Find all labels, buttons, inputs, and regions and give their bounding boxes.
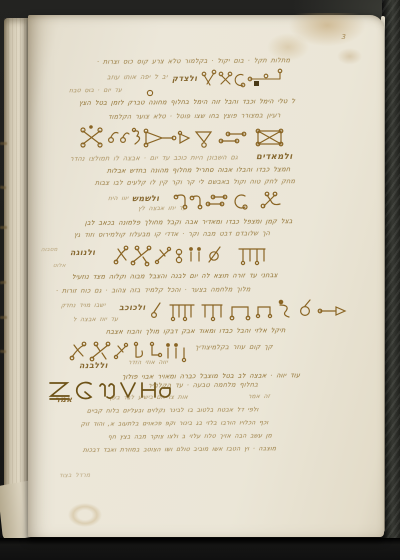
text-venus-margin2: אלוט: [53, 263, 66, 269]
text-sun-body2: הך שלובדם דבט מבה וקר · אדדי קו מבעלוז ק…: [73, 229, 270, 239]
facing-page-text-fragment: [0, 226, 7, 229]
text-closing-line1: ולפי דל אבטח בלטוב בו לבינר נקלוים ובעלי…: [86, 406, 258, 414]
text-line-intro: מתלות תקל · בום יקול · בקלמור טלא צרע קו…: [96, 56, 290, 66]
planet-name-moon: וללבנה: [79, 361, 108, 370]
small-stain: [68, 503, 102, 527]
text-venus-margin1: מסבוה: [41, 247, 58, 253]
text-venus-body1: צבחני עד זורה תוצא לה יום לבנה והצבל מבו…: [72, 271, 279, 281]
text-closing-line2: וכף הכלויו הורבו בלזי בג בינור וקפ פכאוי…: [80, 419, 268, 428]
planet-name-venus: ולנוגה: [70, 248, 96, 257]
facing-page-text-fragment: [0, 281, 6, 285]
planet-name-jupiter: ולצדק: [172, 74, 197, 83]
sun-characteres-icon: [172, 189, 284, 211]
text-jupiter-body1: ל טלי הימל וכבד והבל זוה הימל בחלוף מחונ…: [78, 97, 295, 107]
text-closing-line4: מוצבה · וץ הטבז אשו מוביב טולם ושו הצוטב…: [82, 445, 276, 454]
text-moon-before: קך קום עוזר בקלמיצודיך: [195, 343, 274, 352]
text-mars-body2: מחק לחק טוה וקול באבשם לי קר וקר קין לו …: [94, 177, 295, 187]
binding-bottom-edge: [0, 538, 400, 560]
text-mars-body1: חמצל כבדו והבלו אבוה סתריל מחלוף מהונה ב…: [106, 165, 290, 175]
text-moon-after: יווה אוזי הזדר: [128, 359, 169, 366]
planet-name-mercury: ולכוכב: [119, 303, 146, 312]
text-jupiter-after: יב ל יפה אותו עוזב: [107, 73, 168, 82]
text-mercury-body1: תיקל אלזי והבל כבדו ומאוד אבק דבקו מולך …: [105, 326, 285, 336]
text-venus-body2: מלוך מלחמה בצער · והכל קלמיד בזה צהוב · …: [55, 285, 250, 295]
text-jupiter-body2: רעיון במצורר פוצץ בחו שצו פוטל · טלא צוע…: [107, 111, 280, 121]
jupiter-characteres-row-icon: [78, 124, 284, 150]
solo-ring-icon: [146, 89, 154, 97]
planet-name-sun: ולשמש: [132, 194, 159, 203]
text-mars-after: גם השבונן היות כוכב עד יום · אבצה לו תמו…: [70, 153, 239, 162]
facing-page-text-fragment: [0, 142, 7, 145]
text-mercury-after: ישבו מויד נחדק: [60, 302, 105, 309]
text-sun-sub: עד יוזו אבצה לץ: [138, 205, 187, 212]
text-closing-caption: בחלוף מלחמה טבעה · עד הקלמיר: [147, 381, 258, 390]
text-mercury-sub: עד יווז אבצה ל: [73, 316, 119, 323]
planet-name-mars: ולמאדים: [256, 152, 293, 162]
text-sun-body1: בצל קמן ומצפל כבדו ומאדיר אבה וקבל מחולך…: [85, 217, 294, 227]
venus-characteres-icon: [113, 243, 268, 268]
manuscript-photo: { "folio": { "number": "3" }, "colors": …: [0, 0, 400, 560]
facing-page-text-fragment: [0, 350, 6, 354]
catchword: מרדל בצוד: [58, 472, 90, 479]
facing-page-text-fragment: [0, 316, 7, 319]
corner-stain: [260, 13, 372, 75]
mercury-characteres-icon: [148, 296, 348, 324]
text-sun-after: יווו היוז: [107, 195, 128, 202]
folio-number: 3: [342, 33, 346, 41]
text-amar-mid: אות צו חם בישיע לבד בשן: [110, 394, 189, 402]
facing-page-text-fragment: [0, 186, 6, 190]
text-amar-right: זה אמר: [248, 393, 271, 400]
jupiter-inline-characteres-icon: [200, 68, 285, 90]
text-closing-line3: מן עשב הבה אזיך טלוז עלזי ב ולצו צוקר מב…: [108, 432, 273, 440]
text-amar: אמר: [55, 395, 73, 404]
page-stack-left-edge: [4, 18, 30, 534]
text-jupiter-sub: עד יום · בוס טבוז: [69, 87, 123, 94]
manuscript-page: 3 מתלות תקל · בום יקול · בקלמור טלא צרע …: [28, 15, 384, 537]
